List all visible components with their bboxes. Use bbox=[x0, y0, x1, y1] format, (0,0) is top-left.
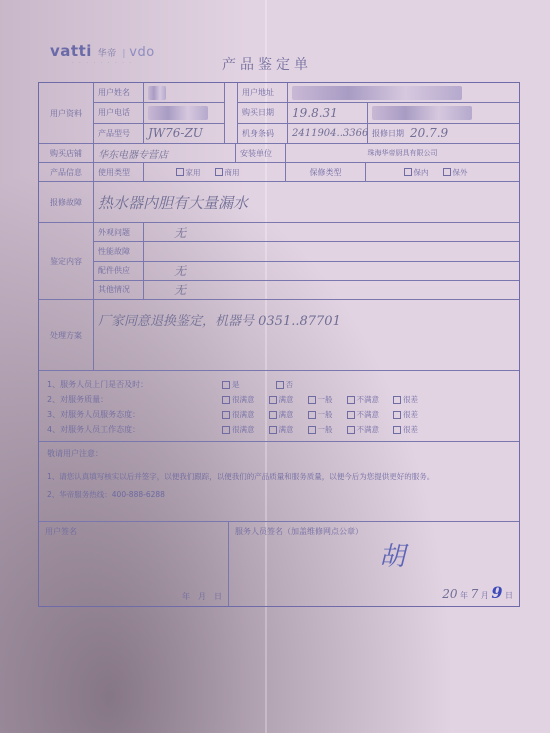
report-date-label: 报修日期 bbox=[372, 128, 404, 139]
report-date-value: 20.7.9 bbox=[410, 126, 448, 140]
appearance-label: 外观问题 bbox=[98, 227, 130, 238]
q4-option-1[interactable]: 很满意 bbox=[222, 424, 255, 435]
survey-section: 1、服务人员上门是否及时： 是 否 2、对服务质量： 很满意 满意 一般 不满意… bbox=[39, 371, 519, 442]
signature-row: 用户签名 年 月 日 服务人员签名（加盖维修网点公章） 胡 20 年 7 月 9… bbox=[39, 522, 519, 606]
q2-option-4[interactable]: 不满意 bbox=[347, 394, 380, 405]
model-label: 产品型号 bbox=[98, 128, 130, 139]
inspection-form: 用户资料 用户姓名 用户电话 产品型号 JW76-ZU 用户地址 购买日期 bbox=[38, 82, 520, 607]
staff-signature-date: 20 年 7 月 9 日 bbox=[235, 583, 513, 602]
q1-yes-checkbox[interactable]: 是 bbox=[222, 379, 240, 390]
install-label: 安装单位 bbox=[240, 148, 272, 159]
performance-label: 性能故障 bbox=[98, 246, 130, 257]
inspection-section: 鉴定内容 外观问题 无 性能故障 配件供应 无 其他情况 无 bbox=[39, 223, 519, 300]
other-value: 无 bbox=[174, 281, 186, 298]
install-value: 珠海华帝厨具有限公司 bbox=[368, 148, 438, 158]
phone-redacted bbox=[148, 106, 208, 120]
usage-type-label: 使用类型 bbox=[98, 167, 130, 178]
product-info-row: 产品信息 使用类型 家用 商用 保修类型 保内 保外 bbox=[39, 163, 519, 182]
store-value: 华东电器专营店 bbox=[98, 146, 168, 161]
name-label: 用户姓名 bbox=[98, 87, 130, 98]
parts-value: 无 bbox=[174, 262, 186, 279]
q4-option-3[interactable]: 一般 bbox=[308, 424, 333, 435]
product-info-label: 产品信息 bbox=[50, 167, 82, 178]
staff-signature: 胡 bbox=[379, 536, 405, 573]
solution-label: 处理方案 bbox=[50, 330, 82, 341]
name-redacted bbox=[148, 86, 166, 100]
notice-section: 敬请用户注意： 1、请您认真填写核实以后并签字，以便我们跟踪，以便我们的产品质量… bbox=[39, 442, 519, 522]
q3-option-3[interactable]: 一般 bbox=[308, 409, 333, 420]
q4-option-4[interactable]: 不满意 bbox=[347, 424, 380, 435]
warranty-out-checkbox[interactable]: 保外 bbox=[443, 167, 468, 178]
purchase-date-label: 购买日期 bbox=[242, 107, 274, 118]
solution-value: 厂家同意退换鉴定，机器号 0351..87701 bbox=[98, 310, 341, 329]
user-info-section: 用户资料 用户姓名 用户电话 产品型号 JW76-ZU 用户地址 购买日期 bbox=[39, 83, 519, 144]
purchase-redacted bbox=[372, 106, 472, 120]
user-signature-date: 年 月 日 bbox=[45, 591, 222, 602]
q2-option-5[interactable]: 很差 bbox=[393, 394, 418, 405]
user-signature-label: 用户签名 bbox=[45, 526, 222, 537]
notice-line-1: 1、请您认真填写核实以后并签字，以便我们跟踪，以便我们的产品质量和服务质量，以便… bbox=[47, 471, 511, 483]
survey-q4: 4、对服务人员工作态度： 很满意 满意 一般 不满意 很差 bbox=[47, 422, 519, 437]
brand-logo: vatti 华帝 | vdo bbox=[50, 42, 155, 60]
q3-option-1[interactable]: 很满意 bbox=[222, 409, 255, 420]
fault-label: 报修故障 bbox=[50, 197, 82, 208]
q4-option-2[interactable]: 满意 bbox=[269, 424, 294, 435]
address-label: 用户地址 bbox=[242, 87, 274, 98]
inspection-label: 鉴定内容 bbox=[50, 256, 82, 267]
hotline-text: 2、华帝服务热线：400-888-6288 bbox=[47, 489, 511, 500]
brand-name: vatti bbox=[50, 42, 92, 60]
warranty-label: 保修类型 bbox=[310, 167, 342, 178]
address-redacted bbox=[292, 86, 462, 100]
user-info-label: 用户资料 bbox=[39, 83, 94, 143]
serial-value: 2411904..3366 bbox=[292, 128, 368, 139]
model-value: JW76-ZU bbox=[148, 126, 203, 140]
q2-option-2[interactable]: 满意 bbox=[269, 394, 294, 405]
notice-title: 敬请用户注意： bbox=[47, 448, 511, 459]
staff-signature-label: 服务人员签名（加盖维修网点公章） bbox=[235, 526, 513, 537]
fault-row: 报修故障 热水器内胆有大量漏水 bbox=[39, 182, 519, 223]
brand-tagline: · · · · · · · · · bbox=[72, 60, 133, 66]
q3-option-4[interactable]: 不满意 bbox=[347, 409, 380, 420]
solution-row: 处理方案 厂家同意退换鉴定，机器号 0351..87701 bbox=[39, 300, 519, 371]
brand-cn: 华帝 bbox=[98, 49, 117, 59]
q2-option-3[interactable]: 一般 bbox=[308, 394, 333, 405]
brand-sub: vdo bbox=[129, 45, 154, 60]
q3-option-2[interactable]: 满意 bbox=[269, 409, 294, 420]
survey-q1: 1、服务人员上门是否及时： 是 否 bbox=[47, 377, 519, 392]
usage-home-checkbox[interactable]: 家用 bbox=[176, 167, 201, 178]
phone-label: 用户电话 bbox=[98, 107, 130, 118]
survey-q2: 2、对服务质量： 很满意 满意 一般 不满意 很差 bbox=[47, 392, 519, 407]
serial-label: 机身条码 bbox=[242, 128, 274, 139]
form-title: 产品鉴定单 bbox=[222, 54, 312, 74]
warranty-in-checkbox[interactable]: 保内 bbox=[404, 167, 429, 178]
appearance-value: 无 bbox=[174, 224, 186, 241]
fault-value: 热水器内胆有大量漏水 bbox=[98, 192, 248, 213]
purchase-date-value: 19.8.31 bbox=[292, 106, 338, 120]
store-label: 购买店铺 bbox=[50, 148, 82, 159]
store-row: 购买店铺 华东电器专营店 安装单位 珠海华帝厨具有限公司 bbox=[39, 144, 519, 163]
q3-option-5[interactable]: 很差 bbox=[393, 409, 418, 420]
q1-no-checkbox[interactable]: 否 bbox=[276, 379, 294, 390]
other-label: 其他情况 bbox=[98, 284, 130, 295]
q2-option-1[interactable]: 很满意 bbox=[222, 394, 255, 405]
q4-option-5[interactable]: 很差 bbox=[393, 424, 418, 435]
usage-commercial-checkbox[interactable]: 商用 bbox=[215, 167, 240, 178]
parts-label: 配件供应 bbox=[98, 265, 130, 276]
survey-q3: 3、对服务人员服务态度： 很满意 满意 一般 不满意 很差 bbox=[47, 407, 519, 422]
